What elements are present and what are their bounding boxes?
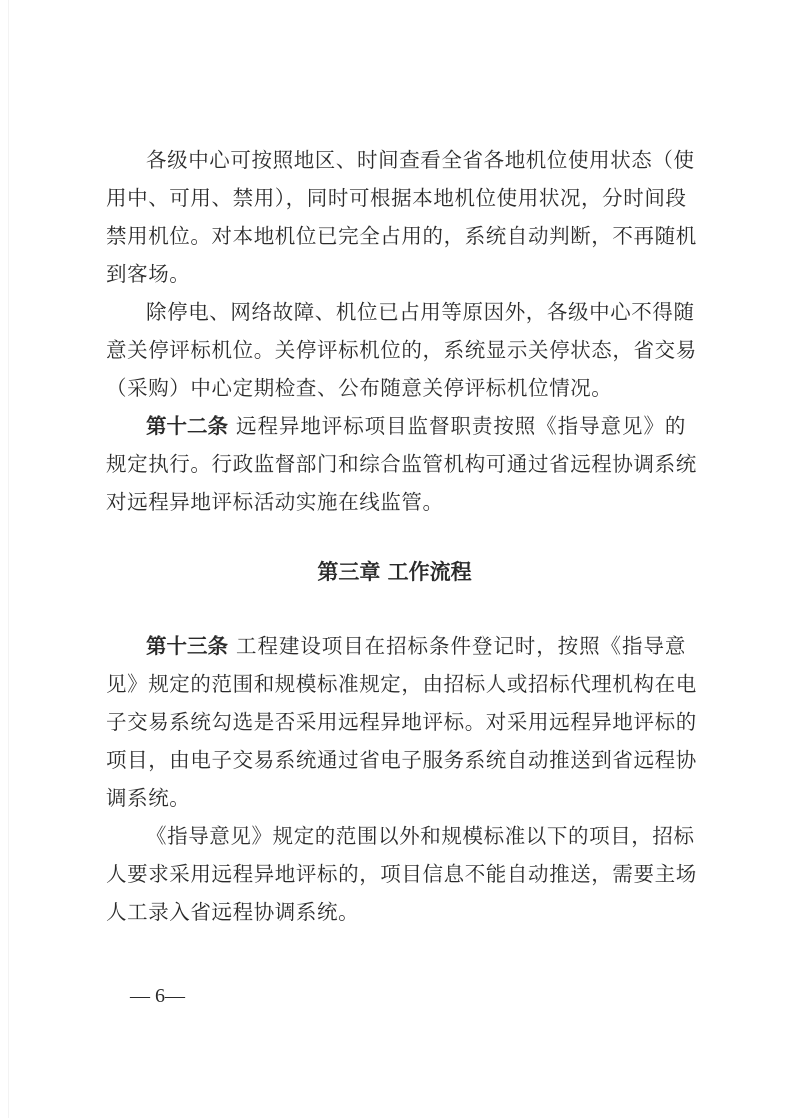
paragraph-line: 用中、可用、禁用），同时可根据本地机位使用状况，分时间段 (106, 184, 686, 212)
paragraph-line: 人工录入省远程协调系统。 (106, 898, 686, 926)
scan-edge (8, 0, 9, 1118)
chapter-title: 第三章 工作流程 (0, 558, 789, 586)
paragraph-line: 禁用机位。对本地机位已完全占用的，系统自动判断，不再随机 (106, 222, 686, 250)
paragraph-line: 子交易系统勾选是否采用远程异地评标。对采用远程异地评标的 (106, 708, 686, 736)
paragraph-line: 远程异地评标项目监督职责按照《指导意见》的 (236, 412, 686, 440)
article-label: 第十二条 (146, 412, 228, 440)
paragraph-line: 对远程异地评标活动实施在线监管。 (106, 488, 686, 516)
paragraph-line: 人要求采用远程异地评标的，项目信息不能自动推送，需要主场 (106, 860, 686, 888)
paragraph-line: （采购）中心定期检查、公布随意关停评标机位情况。 (106, 374, 686, 402)
paragraph-line: 到客场。 (106, 260, 686, 288)
paragraph-line: 工程建设项目在招标条件登记时，按照《指导意 (236, 632, 686, 660)
article-label: 第十三条 (146, 632, 228, 660)
paragraph-line: 意关停评标机位。关停评标机位的，系统显示关停状态，省交易 (106, 336, 686, 364)
paragraph-line: 调系统。 (106, 784, 686, 812)
article-12-first-line: 第十二条 远程异地评标项目监督职责按照《指导意见》的 (146, 412, 686, 440)
paragraph-line: 《指导意见》规定的范围以外和规模标准以下的项目，招标 (146, 822, 686, 850)
paragraph-line: 项目，由电子交易系统通过省电子服务系统自动推送到省远程协 (106, 746, 686, 774)
article-13-first-line: 第十三条 工程建设项目在招标条件登记时，按照《指导意 (146, 632, 686, 660)
document-page: 各级中心可按照地区、时间查看全省各地机位使用状态（使 用中、可用、禁用），同时可… (0, 0, 789, 1118)
page-number: — 6— (130, 983, 185, 1009)
paragraph-line: 规定执行。行政监督部门和综合监管机构可通过省远程协调系统 (106, 450, 686, 478)
paragraph-line: 除停电、网络故障、机位已占用等原因外，各级中心不得随 (146, 298, 686, 326)
paragraph-line: 见》规定的范围和规模标准规定，由招标人或招标代理机构在电 (106, 670, 686, 698)
paragraph-line: 各级中心可按照地区、时间查看全省各地机位使用状态（使 (146, 146, 686, 174)
